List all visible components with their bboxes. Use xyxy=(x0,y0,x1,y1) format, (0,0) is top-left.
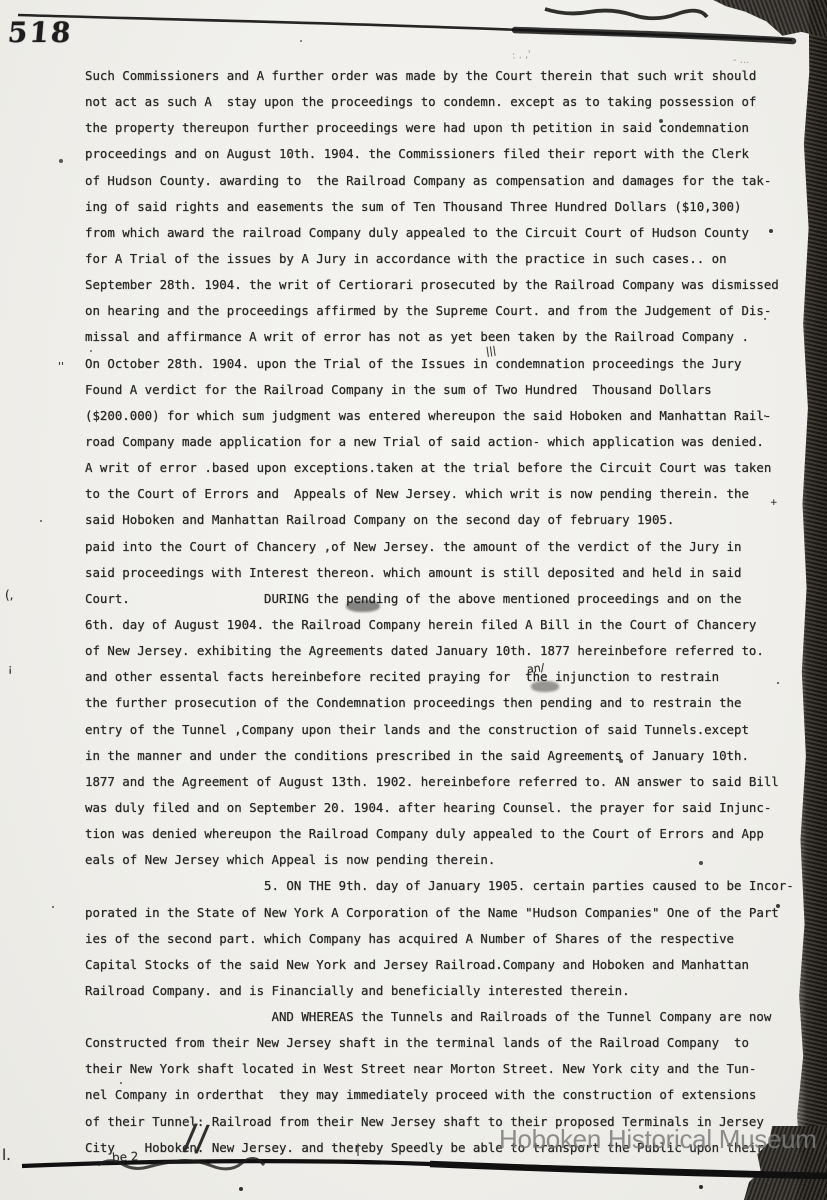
watermark: Hoboken Historical Museum xyxy=(499,1124,817,1155)
handwritten-slashes: // xyxy=(182,1117,210,1160)
document-line: was duly filed and on September 20. 1904… xyxy=(85,795,815,821)
interline-note: an/ xyxy=(526,661,545,676)
document-line: tion was denied whereupon the Railroad C… xyxy=(85,821,815,847)
bottom-left-mark: l. xyxy=(2,1146,11,1164)
document-line: A writ of error .based upon exceptions.t… xyxy=(85,455,815,481)
scanned-page: 518 Such Commissioners and A further ord… xyxy=(0,0,827,1200)
document-line: and other essental facts hereinbefore re… xyxy=(85,664,815,690)
document-line: Found A verdict for the Railroad Company… xyxy=(85,377,815,403)
margin-tick: + xyxy=(770,498,778,508)
document-line: ing of said rights and easements the sum… xyxy=(85,194,815,220)
document-line: 6th. day of August 1904. the Railroad Co… xyxy=(85,612,815,638)
document-line: from which award the railroad Company du… xyxy=(85,220,815,246)
document-line: Capital Stocks of the said New York and … xyxy=(85,952,815,978)
document-line: of Hudson County. awarding to the Railro… xyxy=(85,168,815,194)
document-line: in the manner and under the conditions p… xyxy=(85,743,815,769)
document-line: Court. DURING the pending of the above m… xyxy=(85,586,815,612)
document-line: said Hoboken and Manhattan Railroad Comp… xyxy=(85,507,815,533)
document-line: porated in the State of New York A Corpo… xyxy=(85,900,815,926)
scan-edge-blob-top xyxy=(710,0,827,38)
document-line: ($200.000) for which sum judgment was en… xyxy=(85,403,815,429)
pencil-smudge: : . ,' xyxy=(512,49,532,61)
document-line: 5. ON THE 9th. day of January 1905. cert… xyxy=(85,873,815,899)
document-line: 1877 and the Agreement of August 13th. 1… xyxy=(85,769,815,795)
caret-insert-mark: ||| xyxy=(485,345,497,357)
ink-blot-pending xyxy=(346,600,380,612)
margin-tick: ¡ xyxy=(8,662,12,675)
margin-note: (, xyxy=(5,588,14,602)
document-line: paid into the Court of Chancery ,of New … xyxy=(85,534,815,560)
document-line: said proceedings with Interest thereon. … xyxy=(85,560,815,586)
margin-tick: | xyxy=(356,1142,360,1156)
document-line: Constructed from their New Jersey shaft … xyxy=(85,1030,815,1056)
document-line: the property thereupon further proceedin… xyxy=(85,115,815,141)
document-line: Railroad Company. and is Financially and… xyxy=(85,978,815,1004)
document-line: the further prosecution of the Condemnat… xyxy=(85,690,815,716)
document-line: missal and affirmance A writ of error ha… xyxy=(85,324,815,350)
document-line: AND WHEREAS the Tunnels and Railroads of… xyxy=(85,1004,815,1030)
document-line: eals of New Jersey which Appeal is now p… xyxy=(85,847,815,873)
photocopy-specks xyxy=(0,0,2,2)
ink-blot-the xyxy=(531,681,559,692)
document-line: nel Company in orderthat they may immedi… xyxy=(85,1082,815,1108)
document-line: of New Jersey. exhibiting the Agreements… xyxy=(85,638,815,664)
document-body: Such Commissioners and A further order w… xyxy=(85,63,815,1161)
document-line: proceedings and on August 10th. 1904. th… xyxy=(85,141,815,167)
document-line: not act as such A stay upon the proceedi… xyxy=(85,89,815,115)
bottom-scribble-text: be 2 xyxy=(112,1149,139,1164)
document-line: their New York shaft located in West Str… xyxy=(85,1056,815,1082)
pencil-smudge: - ... xyxy=(733,55,749,66)
document-line: road Company made application for a new … xyxy=(85,429,815,455)
document-line: for A Trial of the issues by A Jury in a… xyxy=(85,246,815,272)
document-line: on hearing and the proceedings affirmed … xyxy=(85,298,815,324)
margin-tick: '' xyxy=(58,360,64,373)
page-number: 518 xyxy=(7,16,74,49)
document-line: ies of the second part. which Company ha… xyxy=(85,926,815,952)
document-line: On October 28th. 1904. upon the Trial of… xyxy=(85,351,815,377)
document-line: Such Commissioners and A further order w… xyxy=(85,63,815,89)
document-line: to the Court of Errors and Appeals of Ne… xyxy=(85,481,815,507)
document-line: entry of the Tunnel ,Company upon their … xyxy=(85,717,815,743)
document-line: September 28th. 1904. the writ of Certio… xyxy=(85,272,815,298)
